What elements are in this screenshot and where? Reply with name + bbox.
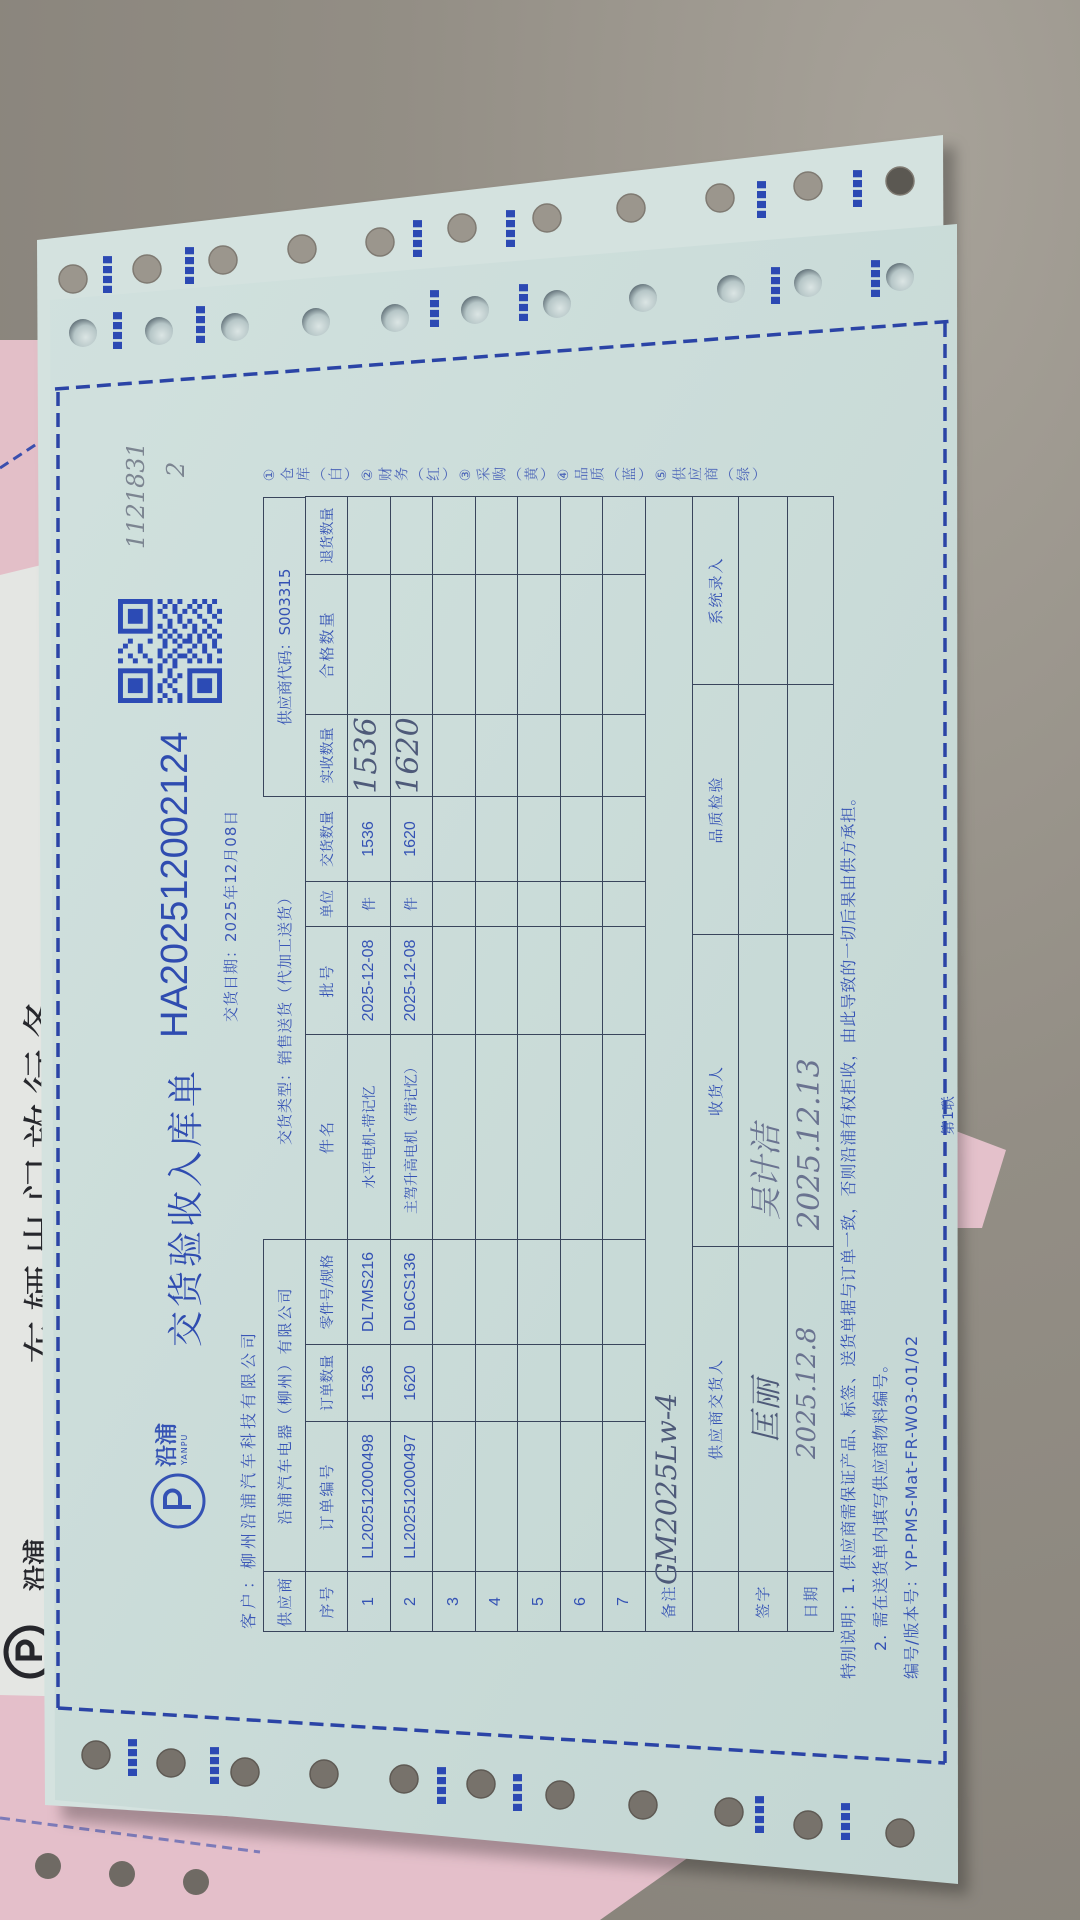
cell-empty bbox=[433, 1422, 476, 1572]
cell-empty bbox=[603, 927, 646, 1035]
delivery-type-value: 销售送货（代加工送货） bbox=[276, 889, 294, 1065]
table-row: 2 LL202512000497 1620 DL6CS136 主驾升高电机（带记… bbox=[390, 497, 433, 1632]
special-notes-line-2: 2. 需在送货单内填写供应商物料编号。 bbox=[868, 1356, 891, 1651]
column-header-order-no: 订单编号 bbox=[306, 1422, 348, 1572]
supplier-deliverer-header: 供应商交货人 bbox=[692, 1247, 738, 1572]
cell-empty bbox=[603, 797, 646, 882]
copy-label: 第1联 bbox=[938, 1095, 958, 1135]
cell-empty bbox=[518, 575, 561, 715]
cell-empty bbox=[603, 882, 646, 927]
supplier-code-cell: 供应商代码：S003315 bbox=[263, 497, 306, 797]
cell-empty bbox=[475, 575, 518, 715]
cell-empty bbox=[433, 797, 476, 882]
cell-empty bbox=[433, 1035, 476, 1240]
cell-part-no: DL6CS136 bbox=[390, 1240, 433, 1345]
cell-empty bbox=[560, 575, 603, 715]
table-row: 6 bbox=[560, 497, 603, 1632]
cell-empty bbox=[603, 1345, 646, 1422]
cell-empty bbox=[433, 497, 476, 575]
column-header-received-qty: 实收数量 bbox=[306, 715, 348, 797]
cell-name: 主驾升高电机（带记忆） bbox=[390, 1035, 433, 1240]
cell-part-no: DL7MS216 bbox=[348, 1240, 391, 1345]
cell-empty bbox=[475, 1422, 518, 1572]
cell-received-qty: 1536 bbox=[348, 715, 391, 797]
delivery-date-value: 2025年12月08日 bbox=[222, 810, 240, 942]
cell-empty bbox=[560, 1422, 603, 1572]
cell-empty bbox=[560, 497, 603, 575]
cell-seq: 4 bbox=[475, 1572, 518, 1632]
column-header-part-no: 零件号/规格 bbox=[306, 1240, 348, 1345]
customer-name: 柳州沿浦汽车科技有限公司 bbox=[239, 1329, 258, 1569]
cell-empty bbox=[518, 1035, 561, 1240]
cell-empty bbox=[518, 882, 561, 927]
handwritten-receiver-signature: 吴计洁 bbox=[741, 1124, 787, 1220]
signature-row: 签字 bbox=[738, 497, 787, 1632]
cell-seq: 2 bbox=[390, 1572, 433, 1632]
cell-order-qty: 1536 bbox=[348, 1345, 391, 1422]
cell-empty bbox=[433, 927, 476, 1035]
column-header-qualified-qty: 合格数量 bbox=[306, 575, 348, 715]
cell-order-qty: 1620 bbox=[390, 1345, 433, 1422]
cell-delivered-qty: 1536 bbox=[348, 797, 391, 882]
form-code: 编号/版本号：YP-PMS-Mat-FR-W03-01/02 bbox=[899, 1335, 922, 1679]
cell-empty bbox=[475, 1240, 518, 1345]
signature-label: 签字 bbox=[738, 1572, 787, 1632]
cell-returned-qty bbox=[348, 497, 391, 575]
cell-seq: 1 bbox=[348, 1572, 391, 1632]
supplier-name: 沿浦汽车电器（柳州）有限公司 bbox=[264, 1240, 306, 1572]
cell-empty bbox=[603, 497, 646, 575]
cell-empty bbox=[603, 1240, 646, 1345]
cell-empty bbox=[475, 1035, 518, 1240]
column-header-order-qty: 订单数量 bbox=[306, 1345, 348, 1422]
delivery-type-label: 交货类型： bbox=[276, 1065, 294, 1145]
system-entry-header: 系统录入 bbox=[692, 497, 738, 685]
handwritten-note: 2 bbox=[162, 462, 190, 477]
cell-received-qty: 1620 bbox=[390, 715, 433, 797]
cell-empty bbox=[475, 715, 518, 797]
special-notes-line-1: 特别说明：1. 供应商需保证产品、标签、送货单据与订单一致，否则沿浦有权拒收，由… bbox=[836, 789, 859, 1679]
cell-returned-qty bbox=[390, 497, 433, 575]
items-table: 序号 订单编号 订单数量 零件号/规格 件名 批号 单位 交货数量 实收数量 合… bbox=[305, 496, 646, 1632]
handwritten-note: 1121831 bbox=[122, 442, 150, 549]
cell-empty bbox=[560, 715, 603, 797]
cell-empty bbox=[433, 1345, 476, 1422]
cell-empty bbox=[518, 715, 561, 797]
cell-unit: 件 bbox=[390, 882, 433, 927]
copy-legend: ①仓库（白）②财务（红）③采购（黄）④品质（蓝）⑤供应商（绿） bbox=[262, 465, 768, 485]
cell-empty bbox=[475, 927, 518, 1035]
cell-empty bbox=[560, 1035, 603, 1240]
cell-qualified-qty bbox=[390, 575, 433, 715]
customer-line: 客户：柳州沿浦汽车科技有限公司 bbox=[236, 1329, 259, 1629]
handwritten-received-qty: 1536 bbox=[352, 717, 382, 793]
column-header-delivered-qty: 交货数量 bbox=[306, 797, 348, 882]
cell-empty bbox=[518, 1345, 561, 1422]
cell-name: 水平电机-带记忆 bbox=[348, 1035, 391, 1240]
table-row: 7 bbox=[603, 497, 646, 1632]
table-header-row: 序号 订单编号 订单数量 零件号/规格 件名 批号 单位 交货数量 实收数量 合… bbox=[306, 497, 348, 1632]
table-row: 3 bbox=[433, 497, 476, 1632]
cell-seq: 6 bbox=[560, 1572, 603, 1632]
handwritten-receiver-date: 2025.12.13 bbox=[792, 1058, 827, 1230]
cell-empty bbox=[603, 1422, 646, 1572]
supplier-code: 供应商代码：S003315 bbox=[264, 498, 306, 797]
column-header-unit: 单位 bbox=[306, 882, 348, 927]
yanpu-logo-icon bbox=[148, 1471, 208, 1531]
table-row: 1 LL202512000498 1536 DL7MS216 水平电机-带记忆 … bbox=[348, 497, 391, 1632]
cell-empty bbox=[603, 1035, 646, 1240]
handwritten-received-qty: 1620 bbox=[394, 717, 424, 793]
cell-delivered-qty: 1620 bbox=[390, 797, 433, 882]
table-row: 4 bbox=[475, 497, 518, 1632]
date-label: 日期 bbox=[787, 1572, 833, 1632]
handwritten-remarks: GM2025Lw-4 bbox=[650, 1393, 683, 1585]
cell-empty bbox=[433, 882, 476, 927]
qr-code-icon bbox=[118, 599, 222, 703]
column-header-seq: 序号 bbox=[306, 1572, 348, 1632]
cell-empty bbox=[560, 927, 603, 1035]
cell-empty bbox=[518, 797, 561, 882]
supplier-code-label: 供应商代码： bbox=[276, 635, 294, 725]
cell-empty bbox=[560, 797, 603, 882]
column-header-name: 件名 bbox=[306, 1035, 348, 1240]
delivery-date-label: 交货日期： bbox=[222, 942, 240, 1022]
cell-empty bbox=[560, 1345, 603, 1422]
cell-empty bbox=[518, 1422, 561, 1572]
cell-empty bbox=[475, 1345, 518, 1422]
document-number: HA202512002124 bbox=[154, 732, 197, 1038]
cell-empty bbox=[560, 1240, 603, 1345]
system-entry-signature bbox=[738, 497, 787, 685]
delivery-date-line: 交货日期：2025年12月08日 bbox=[220, 810, 241, 1022]
column-header-batch: 批号 bbox=[306, 927, 348, 1035]
signoff-header-row: 供应商交货人 收货人 品质检验 系统录入 bbox=[692, 497, 738, 1632]
supplier-row: 供应商 沿浦汽车电器（柳州）有限公司 bbox=[263, 1239, 306, 1632]
cell-qualified-qty bbox=[348, 575, 391, 715]
column-header-returned-qty: 退货数量 bbox=[306, 497, 348, 575]
table-row: 5 bbox=[518, 497, 561, 1632]
cell-empty bbox=[475, 882, 518, 927]
quality-inspection-header: 品质检验 bbox=[692, 685, 738, 935]
system-entry-date bbox=[787, 497, 833, 685]
cell-empty bbox=[433, 1240, 476, 1345]
cell-unit: 件 bbox=[348, 882, 391, 927]
supplier-label: 供应商 bbox=[264, 1572, 306, 1632]
cell-empty bbox=[518, 1240, 561, 1345]
cell-empty bbox=[518, 497, 561, 575]
cell-seq: 7 bbox=[603, 1572, 646, 1632]
supplier-code-value: S003315 bbox=[276, 569, 294, 636]
receiver-header: 收货人 bbox=[692, 935, 738, 1247]
cell-order-no: LL202512000498 bbox=[348, 1422, 391, 1572]
cell-order-no: LL202512000497 bbox=[390, 1422, 433, 1572]
logo-text: 沿浦 bbox=[150, 1423, 181, 1467]
quality-inspection-date bbox=[787, 685, 833, 935]
cell-empty bbox=[475, 797, 518, 882]
handwritten-supplier-date: 2025.12.8 bbox=[792, 1327, 822, 1459]
cell-empty bbox=[692, 1572, 738, 1632]
cell-empty bbox=[603, 575, 646, 715]
quality-inspection-signature bbox=[738, 685, 787, 935]
logo-en-text: YANPU bbox=[180, 1434, 189, 1465]
cell-empty bbox=[433, 715, 476, 797]
cell-empty bbox=[560, 882, 603, 927]
cell-empty bbox=[475, 497, 518, 575]
cell-empty bbox=[518, 927, 561, 1035]
cell-empty bbox=[433, 575, 476, 715]
cell-seq: 5 bbox=[518, 1572, 561, 1632]
cell-seq: 3 bbox=[433, 1572, 476, 1632]
cell-batch: 2025-12-08 bbox=[390, 927, 433, 1035]
handwritten-supplier-signature: 匡丽 bbox=[741, 1379, 787, 1443]
cell-batch: 2025-12-08 bbox=[348, 927, 391, 1035]
customer-label: 客户： bbox=[239, 1569, 258, 1629]
delivery-receipt-form: 沿浦 YANPU 交货验收入库单 HA202512002124 1121831 … bbox=[50, 360, 955, 1735]
delivery-type-line: 交货类型：销售送货（代加工送货） bbox=[274, 889, 295, 1145]
cell-empty bbox=[603, 715, 646, 797]
form-title: 交货验收入库单 bbox=[158, 1067, 209, 1347]
